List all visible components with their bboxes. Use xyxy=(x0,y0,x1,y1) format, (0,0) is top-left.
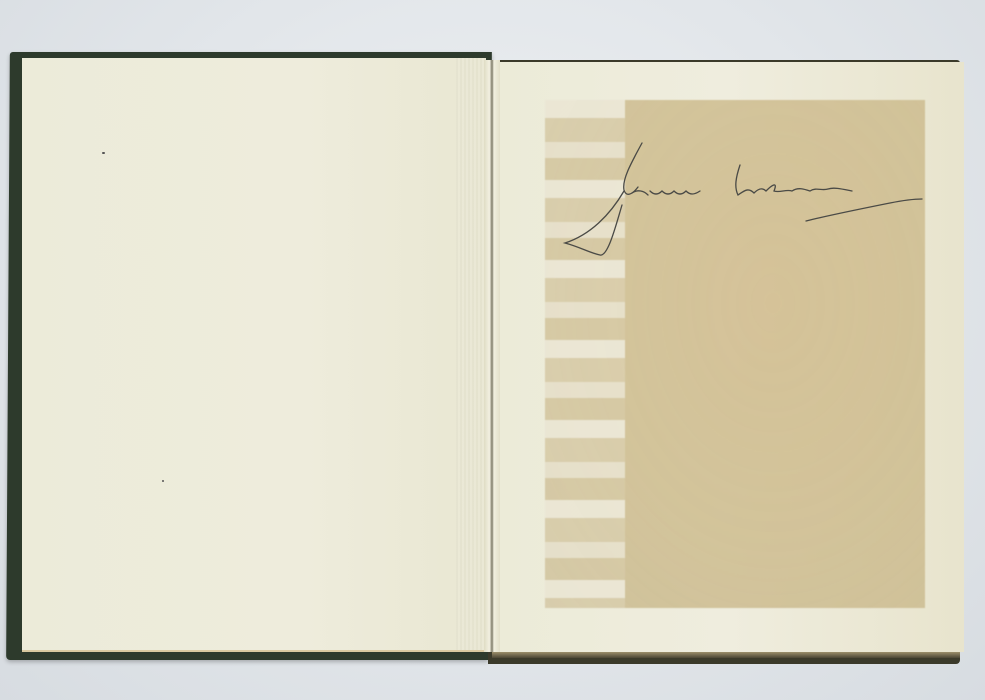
signature-handwriting: James Anderson xyxy=(560,125,930,275)
paper-speck xyxy=(102,152,105,154)
left-endpaper xyxy=(22,58,486,652)
paper-texture xyxy=(456,58,486,650)
book-gutter xyxy=(484,60,500,652)
photo-scene: James Anderson xyxy=(0,0,985,700)
paper-speck xyxy=(162,480,164,482)
